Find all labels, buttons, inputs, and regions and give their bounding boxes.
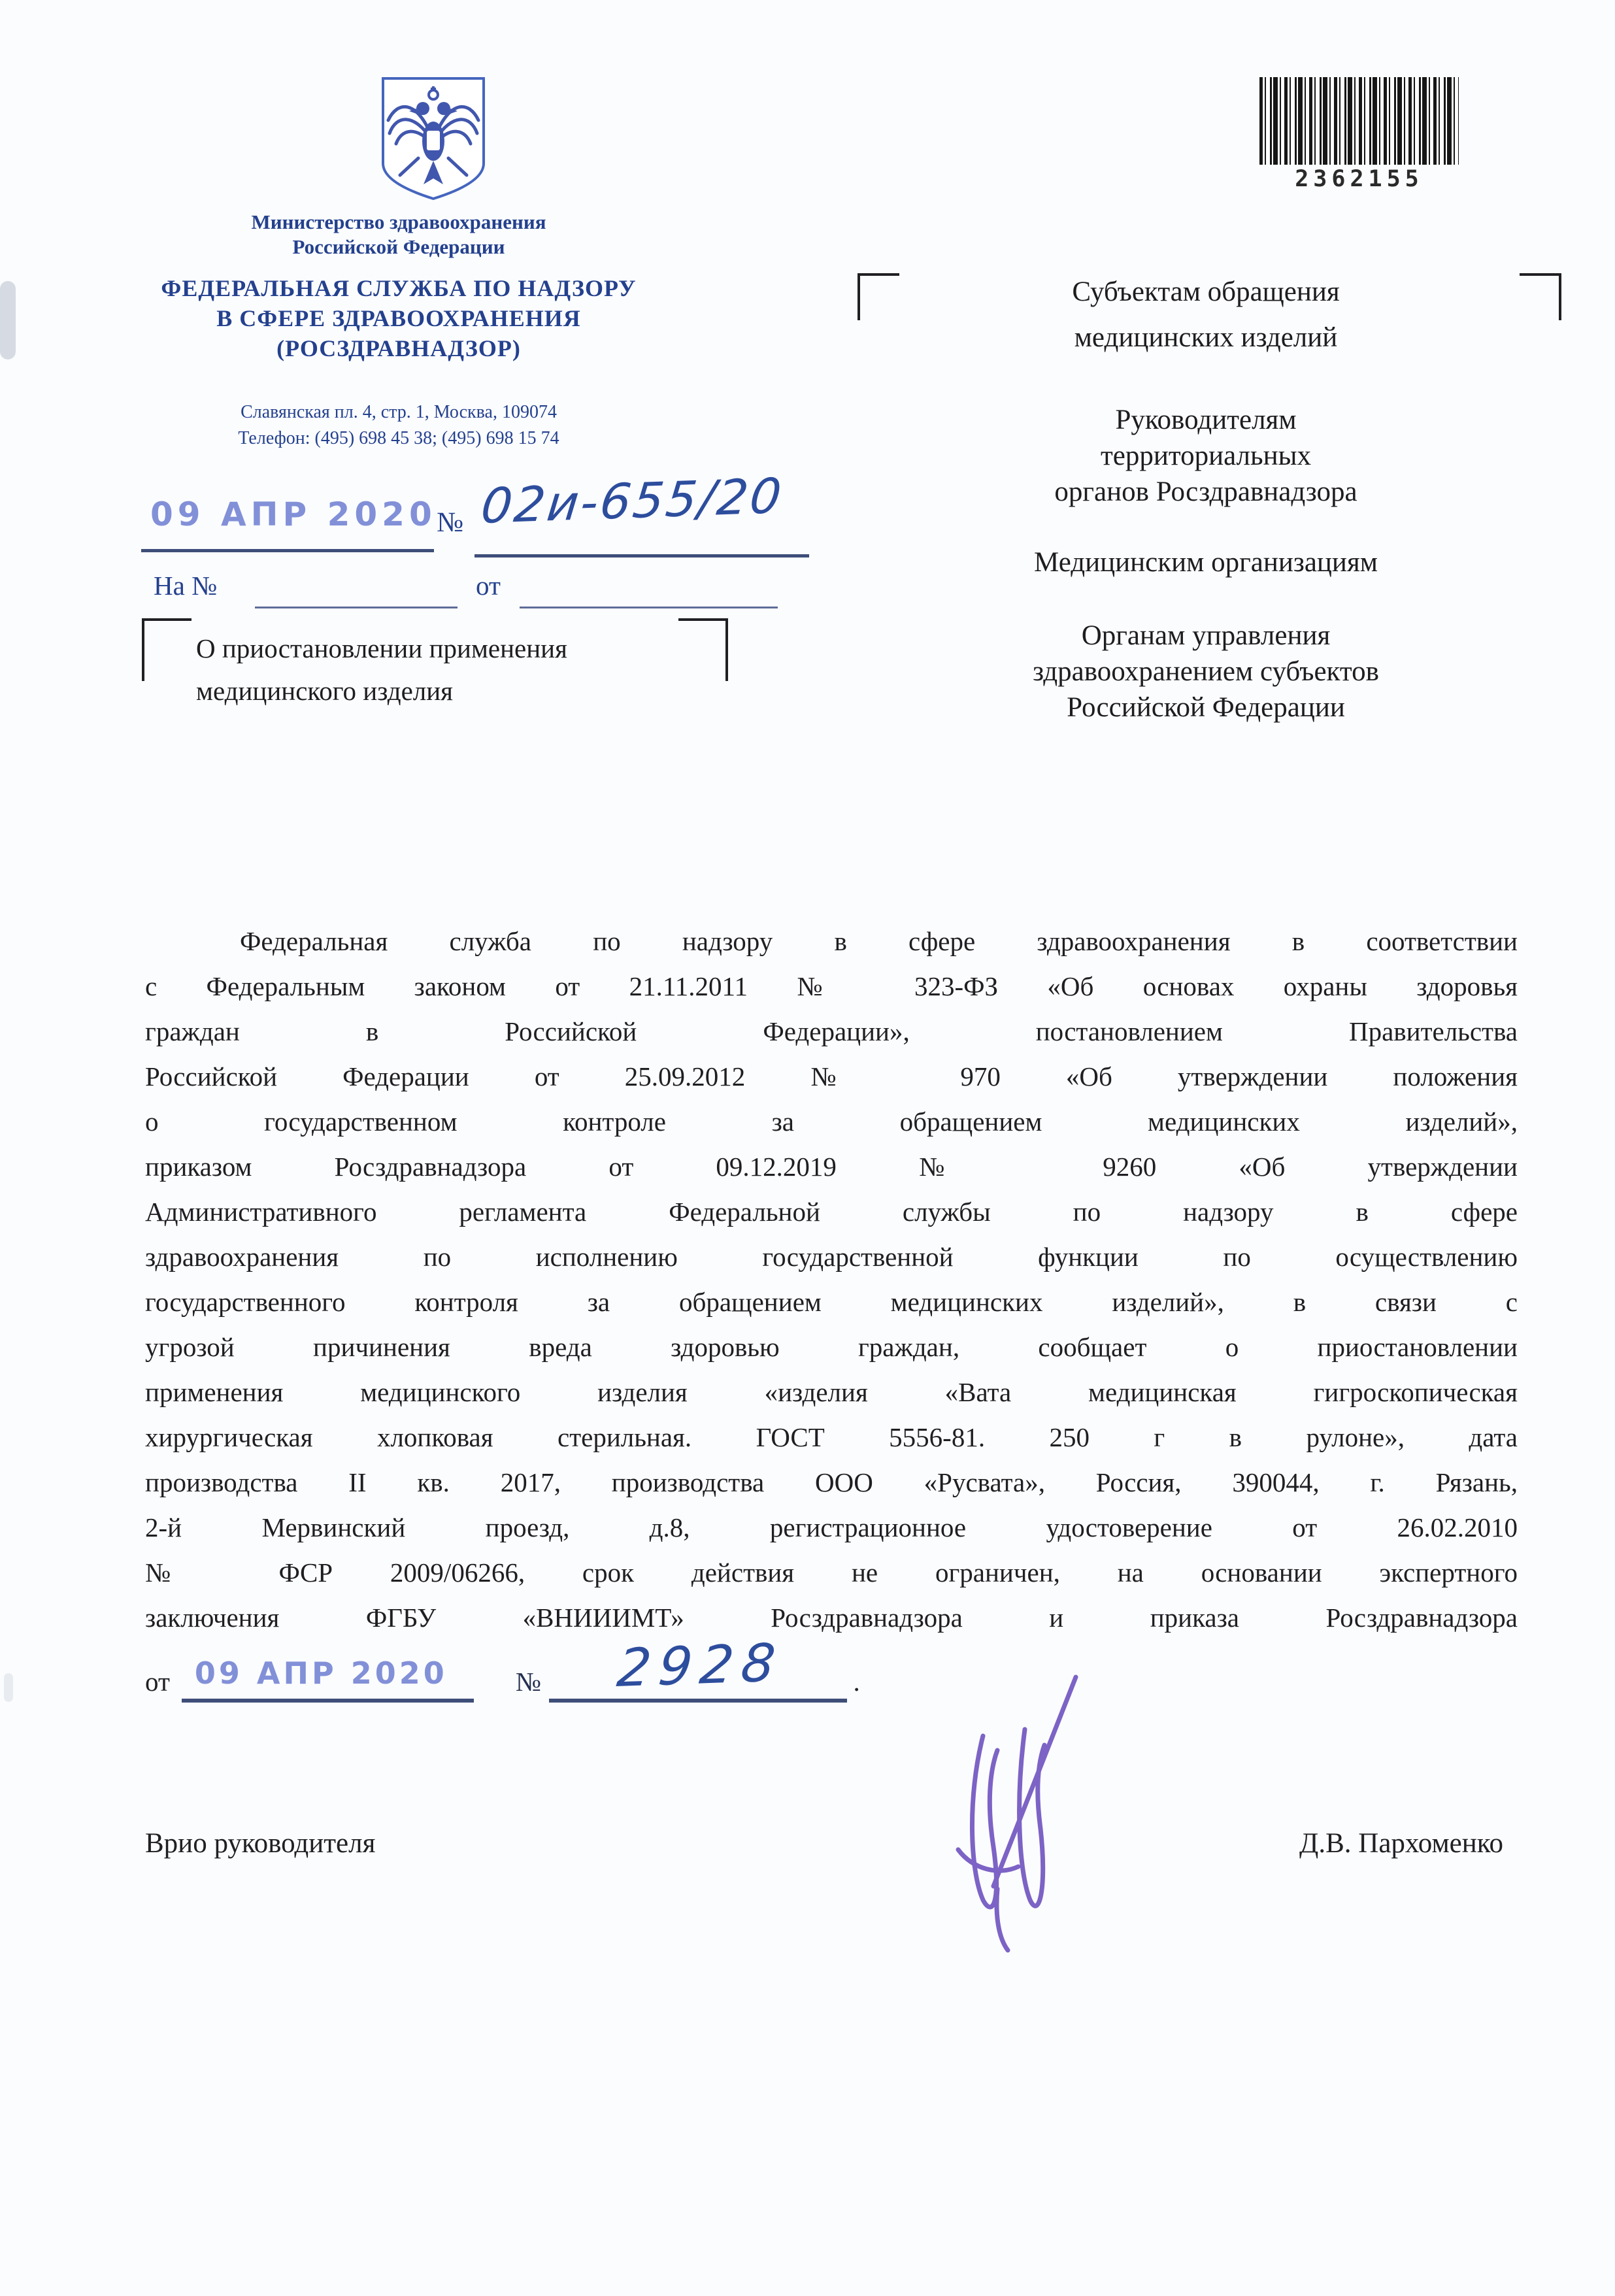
body-line: Административного регламента Федеральной… bbox=[145, 1190, 1518, 1235]
number-sign: № bbox=[437, 507, 463, 539]
body-line: Российской Федерации от 25.09.2012 № 970… bbox=[145, 1054, 1518, 1099]
reply-date-blank bbox=[520, 607, 778, 608]
body-line: о государственном контроле за обращением… bbox=[145, 1099, 1518, 1144]
body-line: хирургическая хлопковая стерильная. ГОСТ… bbox=[145, 1415, 1518, 1460]
body-line: заключения ФГБУ «ВНИИИМТ» Росздравнадзор… bbox=[145, 1595, 1518, 1640]
addressee-4-line2: здравоохранением субъектов bbox=[850, 656, 1562, 688]
date-underline bbox=[141, 549, 434, 552]
scan-artifact bbox=[4, 1673, 13, 1702]
subject-line1: О приостановлении применения bbox=[196, 633, 719, 664]
reply-from-label: от bbox=[476, 570, 501, 601]
addressee-4-line3: Российской Федерации bbox=[850, 691, 1562, 724]
addressee-2-line1: Руководителям bbox=[850, 404, 1562, 436]
closing-from-label: от bbox=[145, 1666, 170, 1703]
closing-date-underline: 09 АПР 2020 bbox=[182, 1655, 474, 1703]
body-line: производства II кв. 2017, производства О… bbox=[145, 1460, 1518, 1505]
date-stamp: 09 АПР 2020 bbox=[150, 495, 437, 533]
scanned-letter-page: Министерство здравоохранения Российской … bbox=[0, 0, 1615, 2296]
body-line: 2-й Мервинский проезд, д.8, регистрацион… bbox=[145, 1505, 1518, 1550]
body-line: граждан в Российской Федерации», постано… bbox=[145, 1009, 1518, 1054]
body-paragraph: Федеральная служба по надзору в сфере зд… bbox=[145, 919, 1518, 1640]
number-underline bbox=[475, 554, 809, 557]
barcode-number: 2362155 bbox=[1259, 166, 1459, 192]
body-line: здравоохранения по исполнению государств… bbox=[145, 1235, 1518, 1280]
body-line: государственного контроля за обращением … bbox=[145, 1280, 1518, 1325]
postal-address: Славянская пл. 4, стр. 1, Москва, 109074 bbox=[98, 402, 699, 423]
subject-line2: медицинского изделия bbox=[196, 675, 719, 707]
addressee-2-line3: органов Росздравнадзора bbox=[850, 476, 1562, 508]
addressee-1-line1: Субъектам обращения bbox=[850, 276, 1562, 308]
handwritten-signature bbox=[920, 1673, 1090, 1954]
service-name-line1: ФЕДЕРАЛЬНАЯ СЛУЖБА ПО НАДЗОРУ bbox=[98, 275, 699, 302]
scan-artifact bbox=[0, 281, 16, 359]
addressee-1-line2: медицинских изделий bbox=[850, 322, 1562, 354]
body-line: с Федеральным законом от 21.11.2011 № 32… bbox=[145, 964, 1518, 1009]
closing-reference-line: от 09 АПР 2020 № 2928 . bbox=[145, 1638, 860, 1703]
addressee-4-line1: Органам управления bbox=[850, 620, 1562, 652]
phone-numbers: Телефон: (495) 698 45 38; (495) 698 15 7… bbox=[98, 428, 699, 449]
ministry-name-line2: Российской Федерации bbox=[98, 235, 699, 259]
closing-number-underline: 2928 bbox=[549, 1638, 847, 1703]
barcode-image bbox=[1259, 77, 1459, 165]
outgoing-number-handwritten: 02и-655/20 bbox=[478, 468, 786, 535]
service-name-line2: В СФЕРЕ ЗДРАВООХРАНЕНИЯ bbox=[98, 305, 699, 332]
closing-number-sign: № bbox=[516, 1666, 541, 1703]
service-name-line3: (РОСЗДРАВНАДЗОР) bbox=[98, 335, 699, 362]
body-line: применения медицинского изделия «изделия… bbox=[145, 1370, 1518, 1415]
body-line: угрозой причинения вреда здоровью гражда… bbox=[145, 1325, 1518, 1370]
addressee-3-line1: Медицинским организациям bbox=[850, 546, 1562, 578]
closing-date-stamp: 09 АПР 2020 bbox=[195, 1655, 448, 1691]
coat-of-arms-icon bbox=[378, 75, 489, 203]
ministry-name-line1: Министерство здравоохранения bbox=[98, 210, 699, 234]
body-line: № ФСР 2009/06266, срок действия не огран… bbox=[145, 1550, 1518, 1595]
body-line: Федеральная служба по надзору в сфере зд… bbox=[145, 919, 1518, 964]
reply-to-number-label: На № bbox=[154, 570, 217, 601]
reply-number-blank bbox=[255, 607, 458, 608]
signer-name: Д.В. Пархоменко bbox=[1299, 1827, 1503, 1859]
subject-bracket-left bbox=[142, 618, 191, 681]
closing-number-handwritten: 2928 bbox=[614, 1632, 786, 1699]
body-line: приказом Росздравнадзора от 09.12.2019 №… bbox=[145, 1144, 1518, 1190]
closing-period: . bbox=[854, 1666, 860, 1703]
addressee-2-line2: территориальных bbox=[850, 440, 1562, 472]
signer-title: Врио руководителя bbox=[145, 1827, 375, 1859]
